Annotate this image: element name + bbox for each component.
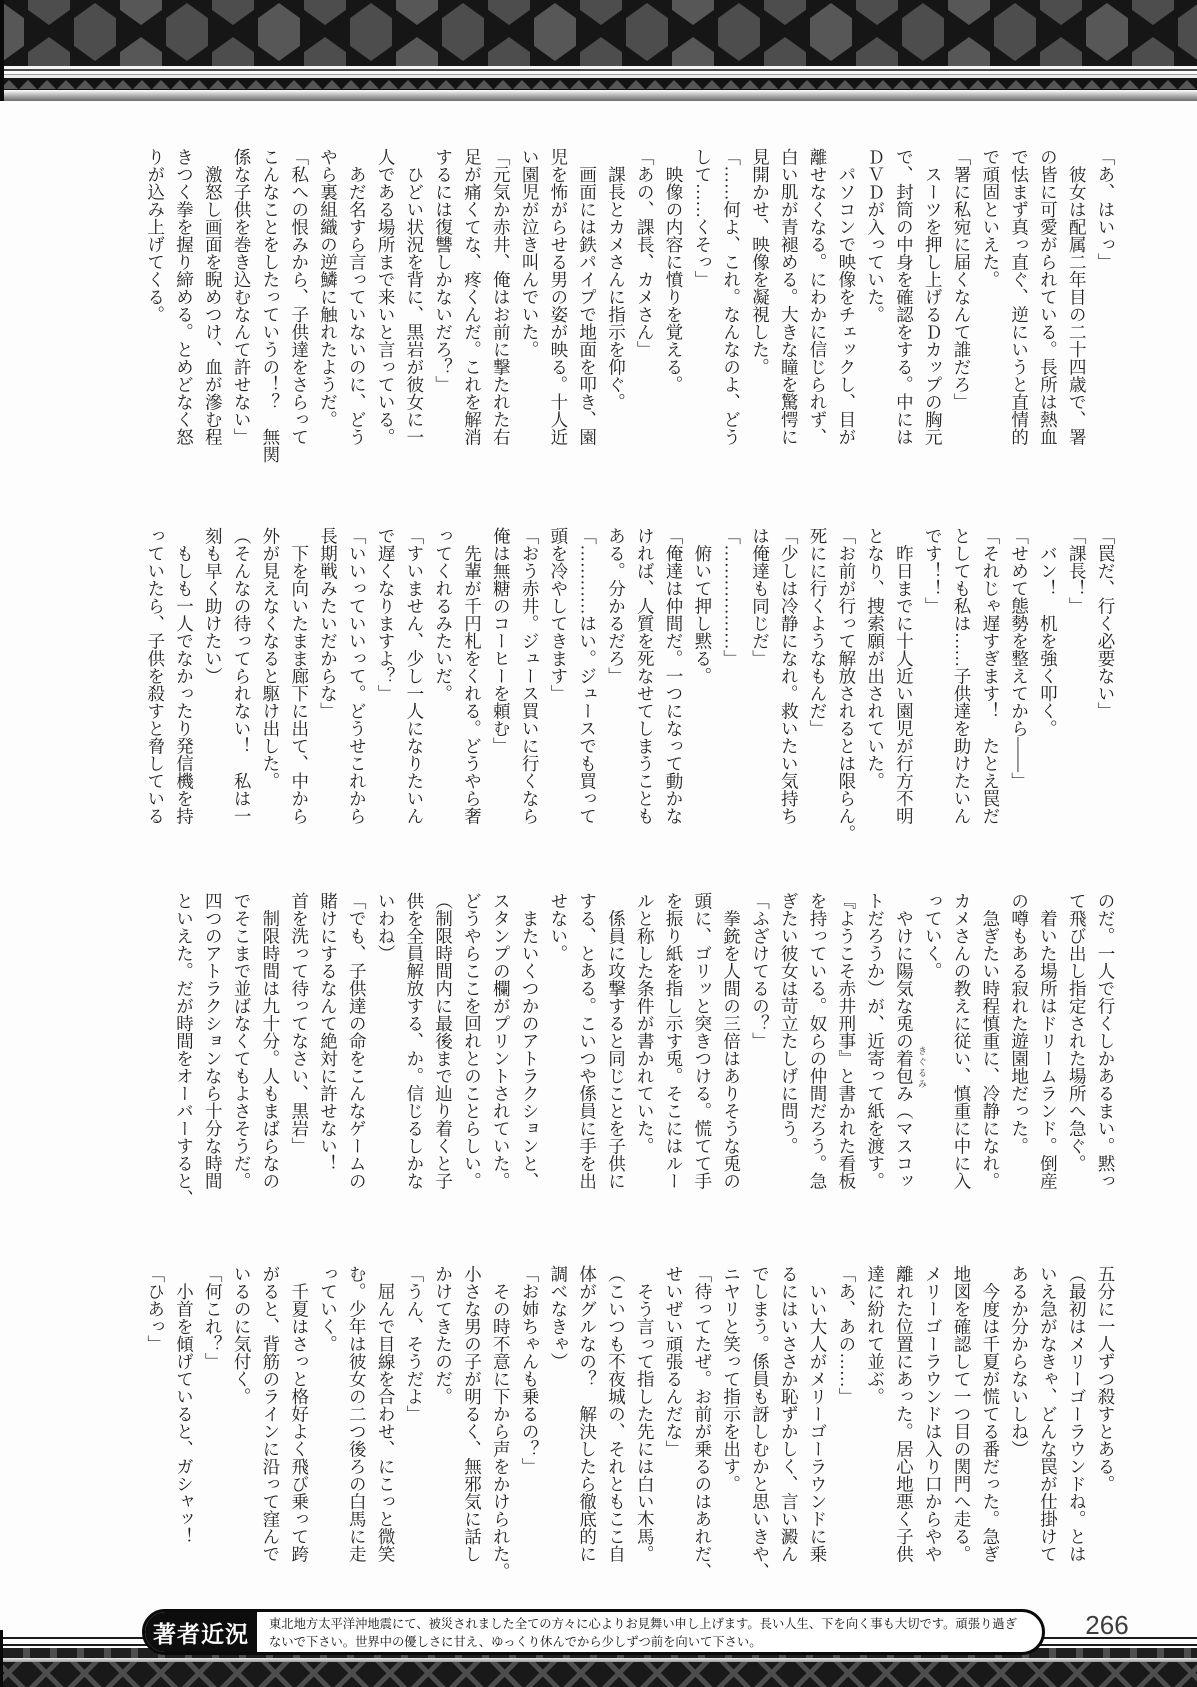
triangle [703, 80, 721, 89]
hexagon [1132, 0, 1174, 25]
hexagon [488, 0, 530, 25]
hexagon [534, 3, 576, 61]
hexagon [258, 3, 300, 61]
triangle [646, 80, 664, 89]
hexagon [994, 3, 1036, 61]
text-band-3: のだ。一人で行くしかあるまい。黙っ て飛び出し指定された場所へ急ぐ。 着いた場所… [120, 892, 1120, 1240]
triangle [798, 80, 816, 89]
metal-stripe-top [4, 66, 1197, 78]
triangle [608, 80, 626, 89]
triangle [114, 80, 132, 89]
triangle [570, 80, 588, 89]
text-band-2: 「罠だ、行く必要ない」 「課長！」 バン！ 机を強く叩く。 「せめて態勢を整えて… [120, 527, 1120, 875]
hexagon [1178, 3, 1197, 61]
triangle [133, 80, 151, 89]
triangle [418, 80, 436, 89]
triangle [627, 80, 645, 89]
triangle [551, 80, 569, 89]
triangle [1083, 80, 1101, 89]
hexagon [856, 37, 898, 66]
triangle [1045, 80, 1063, 89]
hexagon [304, 0, 346, 25]
hexagon [810, 3, 852, 61]
hexagon [1040, 37, 1082, 66]
triangle [456, 80, 474, 89]
chevron-pattern [3, 1662, 1197, 1687]
hexagon [718, 3, 760, 61]
triangle [513, 80, 531, 89]
triangle [912, 80, 930, 89]
hexagon [4, 3, 24, 61]
triangle [532, 80, 550, 89]
triangle [1007, 80, 1025, 89]
triangle [817, 80, 835, 89]
triangle [741, 80, 759, 89]
hexagon [580, 0, 622, 25]
hexagon [212, 37, 254, 66]
triangle [950, 80, 968, 89]
triangle [361, 80, 379, 89]
hexagon [74, 3, 116, 61]
triangle [399, 80, 417, 89]
text-band-1: 「あ、はいっ」 彼女は配属二年目の二十四歳で、署 の皆に可愛がられている。長所は… [120, 148, 1120, 496]
metal-stripe-bottom [4, 90, 1197, 101]
triangle [76, 80, 94, 89]
hexagon [488, 37, 530, 66]
triangle [4, 80, 18, 89]
triangle [190, 80, 208, 89]
hexagon [396, 0, 438, 25]
triangle [1102, 80, 1120, 89]
hexagon [672, 37, 714, 66]
triangle [1026, 80, 1044, 89]
triangle [893, 80, 911, 89]
hexagon [442, 3, 484, 61]
triangle [1064, 80, 1082, 89]
triangle [1140, 80, 1158, 89]
hexagon [856, 0, 898, 25]
hexagon [626, 3, 668, 61]
triangle [266, 80, 284, 89]
triangle [589, 80, 607, 89]
hexagon [1132, 37, 1174, 66]
triangle [665, 80, 683, 89]
triangle [969, 80, 987, 89]
hexagon [350, 3, 392, 61]
furigana-kigurumi: きぐるみ [916, 1046, 929, 1090]
triangle [228, 80, 246, 89]
triangle [988, 80, 1006, 89]
hexagon [120, 37, 162, 66]
triangle [285, 80, 303, 89]
triangle [304, 80, 322, 89]
triangle [494, 80, 512, 89]
author-status-text: 東北地方太平洋沖地震にて、被災されました全ての方々に心よりお見舞い申し上げます。… [257, 1612, 1042, 1652]
triangle [475, 80, 493, 89]
triangle [380, 80, 398, 89]
triangle [152, 80, 170, 89]
book-page: { "page": { "number": "266", "furigana":… [0, 0, 1197, 1687]
triangle [342, 80, 360, 89]
hexagon [948, 37, 990, 66]
hexagon [672, 0, 714, 25]
hexagon [580, 37, 622, 66]
hexagon [764, 37, 806, 66]
hexagon-pattern [4, 0, 1197, 66]
triangle [874, 80, 892, 89]
triangle [684, 80, 702, 89]
triangle [171, 80, 189, 89]
triangle [95, 80, 113, 89]
triangle [1159, 80, 1177, 89]
triangle-strip [4, 78, 1197, 90]
triangle [779, 80, 797, 89]
hexagon [902, 3, 944, 61]
hexagon [120, 0, 162, 25]
hexagon [304, 37, 346, 66]
triangle [836, 80, 854, 89]
author-status-box: 著者近況 東北地方太平洋沖地震にて、被災されました全ての方々に心よりお見舞い申し… [142, 1609, 1045, 1655]
hexagon [166, 3, 208, 61]
triangle [323, 80, 341, 89]
hexagon [1040, 0, 1082, 25]
top-decorative-border [0, 0, 1197, 101]
hexagon [28, 0, 70, 25]
triangle [855, 80, 873, 89]
text-band-4: 五分に一人ずつ殺すとある。 （最初はメリーゴーラウンドね。とは いえ急がなきゃ、… [120, 1265, 1120, 1613]
triangle [1121, 80, 1139, 89]
hexagon [212, 0, 254, 25]
hexagon [28, 37, 70, 66]
triangle [19, 80, 37, 89]
triangle [1178, 80, 1196, 89]
author-status-label: 著者近況 [145, 1612, 257, 1652]
hexagon [1086, 3, 1128, 61]
triangle [38, 80, 56, 89]
triangle [247, 80, 265, 89]
hexagon [948, 0, 990, 25]
triangle [760, 80, 778, 89]
triangle [722, 80, 740, 89]
triangle [931, 80, 949, 89]
hexagon [764, 0, 806, 25]
triangle [57, 80, 75, 89]
triangle [209, 80, 227, 89]
triangle [437, 80, 455, 89]
hexagon [396, 37, 438, 66]
